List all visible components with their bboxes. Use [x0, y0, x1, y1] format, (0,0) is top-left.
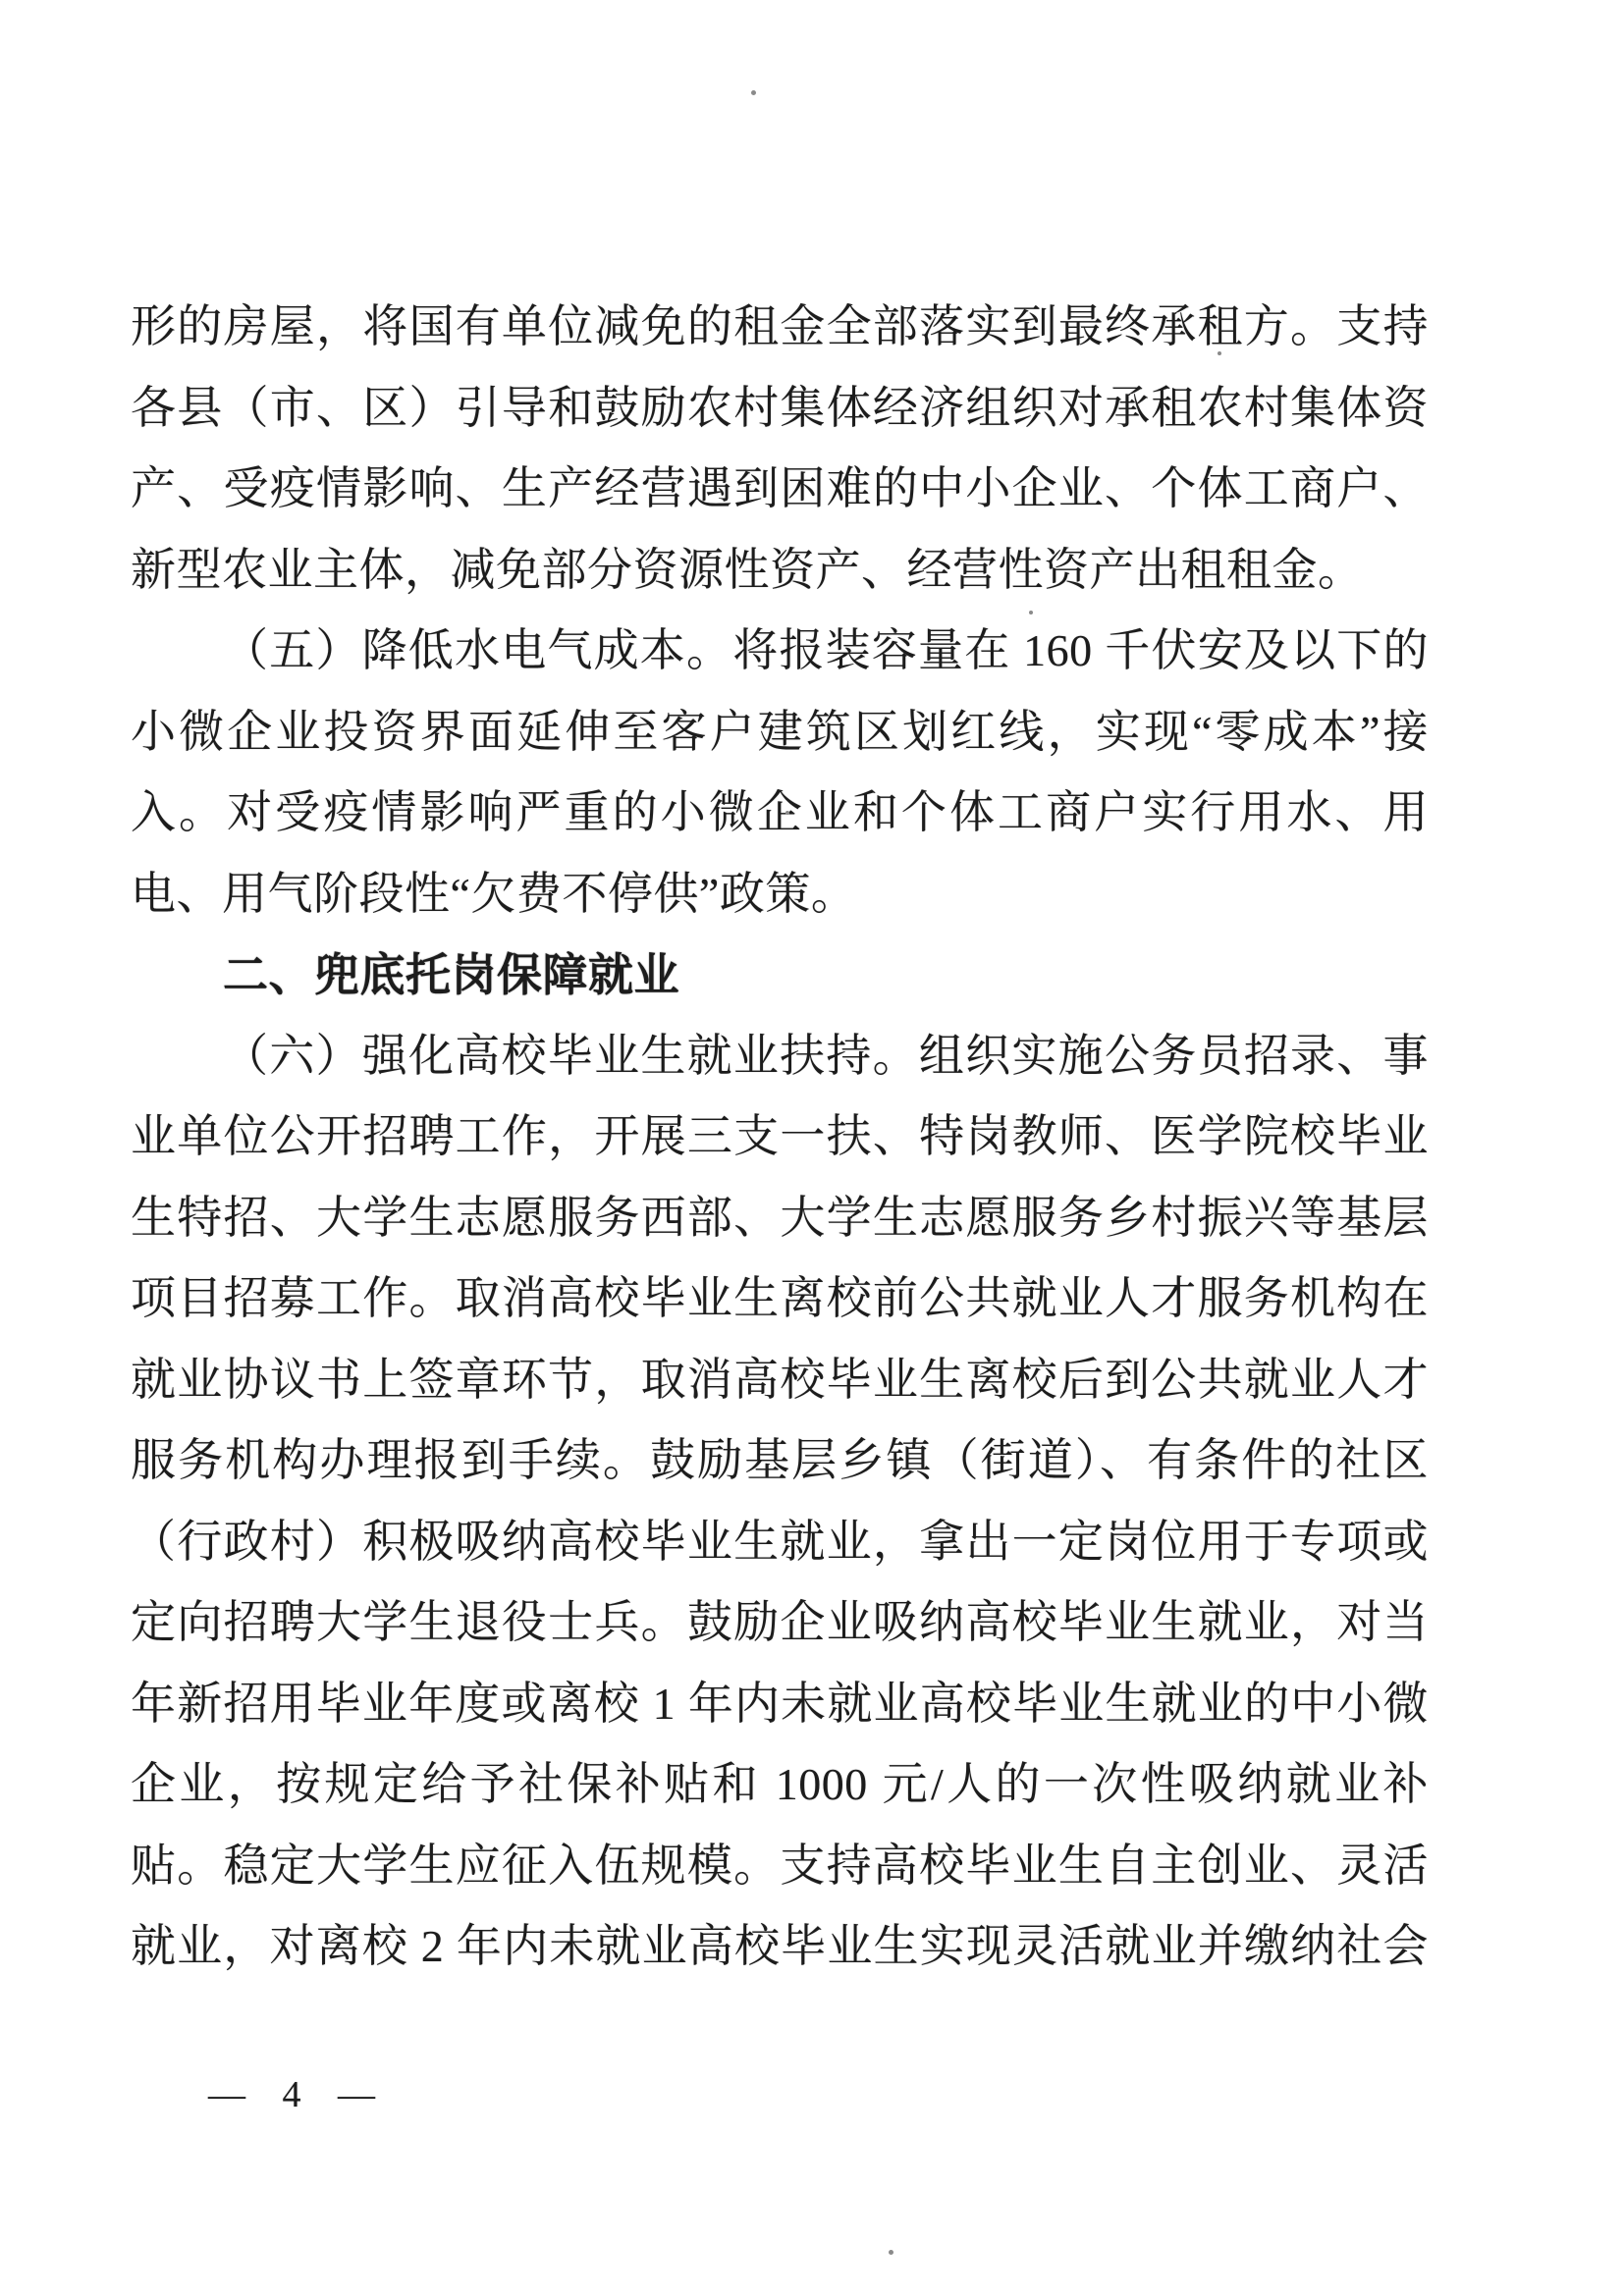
- text-line: 企业，按规定给予社保补贴和 1000 元/人的一次性吸纳就业补: [131, 1744, 1429, 1826]
- text-line: 形的房屋，将国有单位减免的租金全部落实到最终承租方。支持: [131, 287, 1429, 368]
- text-line: 小微企业投资界面延伸至客户建筑区划红线，实现“零成本”接: [131, 692, 1429, 774]
- text-line: 电、用气阶段性“欠费不停供”政策。: [131, 854, 1429, 935]
- scan-speck: [751, 90, 756, 95]
- document-body: 形的房屋，将国有单位减免的租金全部落实到最终承租方。支持 各县（市、区）引导和鼓…: [131, 287, 1429, 1988]
- scan-speck: [889, 2250, 893, 2255]
- scan-speck: [1218, 351, 1221, 355]
- text-line: （行政村）积极吸纳高校毕业生就业，拿出一定岗位用于专项或: [131, 1502, 1429, 1583]
- scanned-document-page: 形的房屋，将国有单位减免的租金全部落实到最终承租方。支持 各县（市、区）引导和鼓…: [0, 0, 1624, 2296]
- text-line: 各县（市、区）引导和鼓励农村集体经济组织对承租农村集体资: [131, 368, 1429, 450]
- scan-speck: [1029, 611, 1033, 614]
- text-line: 定向招聘大学生退役士兵。鼓励企业吸纳高校毕业生就业，对当: [131, 1582, 1429, 1664]
- page-number: — 4 —: [208, 2073, 389, 2116]
- text-line: 产、受疫情影响、生产经营遇到困难的中小企业、个体工商户、: [131, 449, 1429, 530]
- section-heading: 二、兜底托岗保障就业: [131, 934, 1429, 1016]
- text-line: 业单位公开招聘工作，开展三支一扶、特岗教师、医学院校毕业: [131, 1096, 1429, 1178]
- text-line: 年新招用毕业年度或离校 1 年内未就业高校毕业生就业的中小微: [131, 1664, 1429, 1745]
- text-line: 就业协议书上签章环节，取消高校毕业生离校后到公共就业人才: [131, 1340, 1429, 1421]
- text-line: 就业，对离校 2 年内未就业高校毕业生实现灵活就业并缴纳社会: [131, 1906, 1429, 1988]
- text-line: 入。对受疫情影响严重的小微企业和个体工商户实行用水、用: [131, 773, 1429, 854]
- text-line: （六）强化高校毕业生就业扶持。组织实施公务员招录、事: [131, 1016, 1429, 1097]
- text-line: 生特招、大学生志愿服务西部、大学生志愿服务乡村振兴等基层: [131, 1178, 1429, 1259]
- text-line: 项目招募工作。取消高校毕业生离校前公共就业人才服务机构在: [131, 1258, 1429, 1340]
- scan-speck: [346, 1932, 350, 1936]
- text-line: （五）降低水电气成本。将报装容量在 160 千伏安及以下的: [131, 611, 1429, 692]
- text-line: 贴。稳定大学生应征入伍规模。支持高校毕业生自主创业、灵活: [131, 1826, 1429, 1907]
- scan-speck: [785, 811, 789, 815]
- text-line: 服务机构办理报到手续。鼓励基层乡镇（街道）、有条件的社区: [131, 1420, 1429, 1502]
- text-line: 新型农业主体，减免部分资源性资产、经营性资产出租租金。: [131, 530, 1429, 612]
